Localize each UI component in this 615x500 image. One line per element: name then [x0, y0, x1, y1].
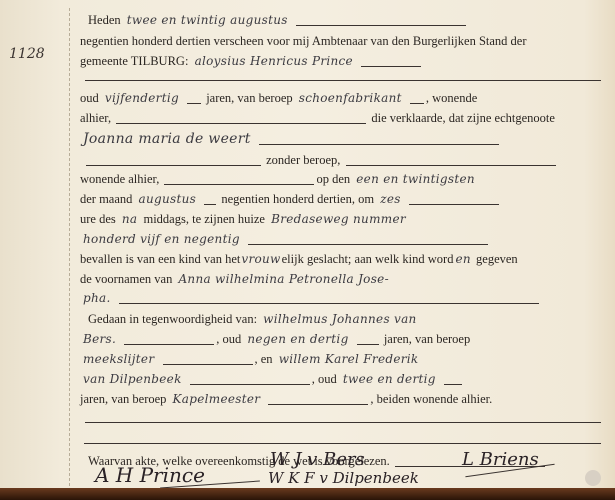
paper-stain	[585, 470, 601, 486]
line-sex: bevallen is van een kind van hetvrouweli…	[80, 250, 605, 268]
line-birth-place: ure des na middags, te zijnen huize Bred…	[80, 210, 605, 228]
line-child-names: de voornamen van Anna wilhelmina Petrone…	[80, 270, 605, 288]
line-witness-1: Gedaan in tegenwoordigheid van: wilhelmu…	[80, 310, 605, 328]
handwritten-date: twee en twintig augustus	[124, 13, 291, 27]
handwritten-mother-name: Joanna maria de weert	[80, 131, 254, 147]
line-mother: Joanna maria de weert	[80, 130, 605, 148]
line-residence: alhier, die verklaarde, dat zijne echtge…	[80, 109, 605, 127]
line-father: gemeente TILBURG: aloysius Henricus Prin…	[80, 52, 605, 70]
line-witness-2: meekslijter , en willem Karel Frederik	[80, 350, 605, 368]
fill-rule	[85, 80, 601, 81]
register-number: 1128	[9, 46, 45, 62]
line-birth-month: der maand augustus negentien honderd der…	[80, 190, 605, 208]
line-witness-1-age: Bers. , oud negen en dertig jaren, van b…	[80, 330, 605, 348]
fill-rule	[84, 443, 601, 444]
line-witness-2-age: van Dilpenbeek , oud twee en dertig	[80, 370, 605, 388]
handwritten-father-name: aloysius Henricus Prince	[192, 54, 356, 68]
certificate-page: 1128 Heden twee en twintig augustus nege…	[0, 0, 615, 488]
page-edge	[0, 488, 615, 500]
signature-father: A H Prince	[95, 463, 205, 487]
handwritten-child-name: Anna wilhelmina Petronella Jose-	[175, 272, 391, 286]
line-child-names-cont: pha.	[80, 289, 605, 307]
margin-rule	[69, 8, 70, 486]
line-witness-2-occupation: jaren, van beroep Kapelmeester , beiden …	[80, 390, 605, 408]
fill-rule	[85, 422, 601, 423]
line-father-age: oud vijfendertig jaren, van beroep schoe…	[80, 89, 605, 107]
signature-witness-2: W K F v Dilpenbeek	[268, 469, 419, 487]
fill-line	[361, 57, 421, 67]
signature-witness-1: W J v Bers	[270, 449, 365, 470]
line-registrar: negentien honderd dertien verscheen voor…	[80, 32, 605, 50]
fill-line	[296, 16, 466, 26]
line-birth-day: wonende alhier, op den een en twintigste…	[80, 170, 605, 188]
line-date: Heden twee en twintig augustus	[80, 11, 605, 29]
line-house-number: honderd vijf en negentig	[80, 230, 605, 248]
handwritten-witness-1: wilhelmus Johannes van	[260, 312, 419, 326]
line-occupation: zonder beroep,	[80, 151, 605, 169]
handwritten-witness-2: willem Karel Frederik	[276, 352, 422, 366]
